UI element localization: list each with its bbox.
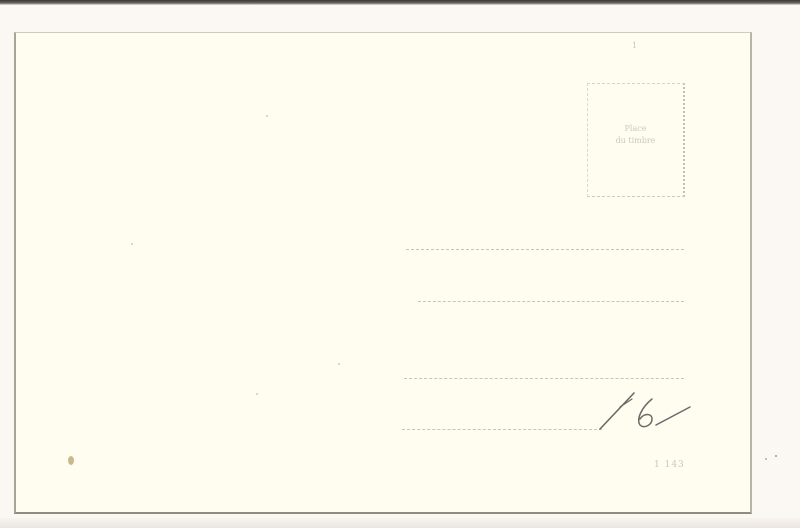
speck bbox=[131, 243, 133, 245]
address-line-1 bbox=[406, 249, 684, 250]
address-line-2 bbox=[418, 301, 684, 302]
stamp-box-label-line2: du timbre bbox=[588, 136, 683, 146]
serial-number: 1 143 bbox=[654, 460, 685, 470]
speck bbox=[338, 363, 340, 365]
speck bbox=[775, 455, 777, 457]
stamp-box: Place du timbre bbox=[587, 83, 685, 197]
address-line-4 bbox=[402, 429, 602, 430]
handwritten-number: 16 bbox=[596, 385, 696, 435]
scan-edge-bottom bbox=[0, 518, 800, 528]
stain-spot bbox=[68, 456, 74, 465]
postcard-back: 1 Place du timbre 16 1 143 bbox=[14, 32, 752, 514]
speck bbox=[256, 393, 258, 395]
top-mark: 1 bbox=[632, 41, 637, 50]
speck bbox=[765, 458, 767, 460]
stamp-box-label-line1: Place bbox=[588, 124, 683, 134]
scan-edge-top bbox=[0, 0, 800, 5]
speck bbox=[266, 115, 268, 117]
address-line-3 bbox=[404, 378, 684, 379]
